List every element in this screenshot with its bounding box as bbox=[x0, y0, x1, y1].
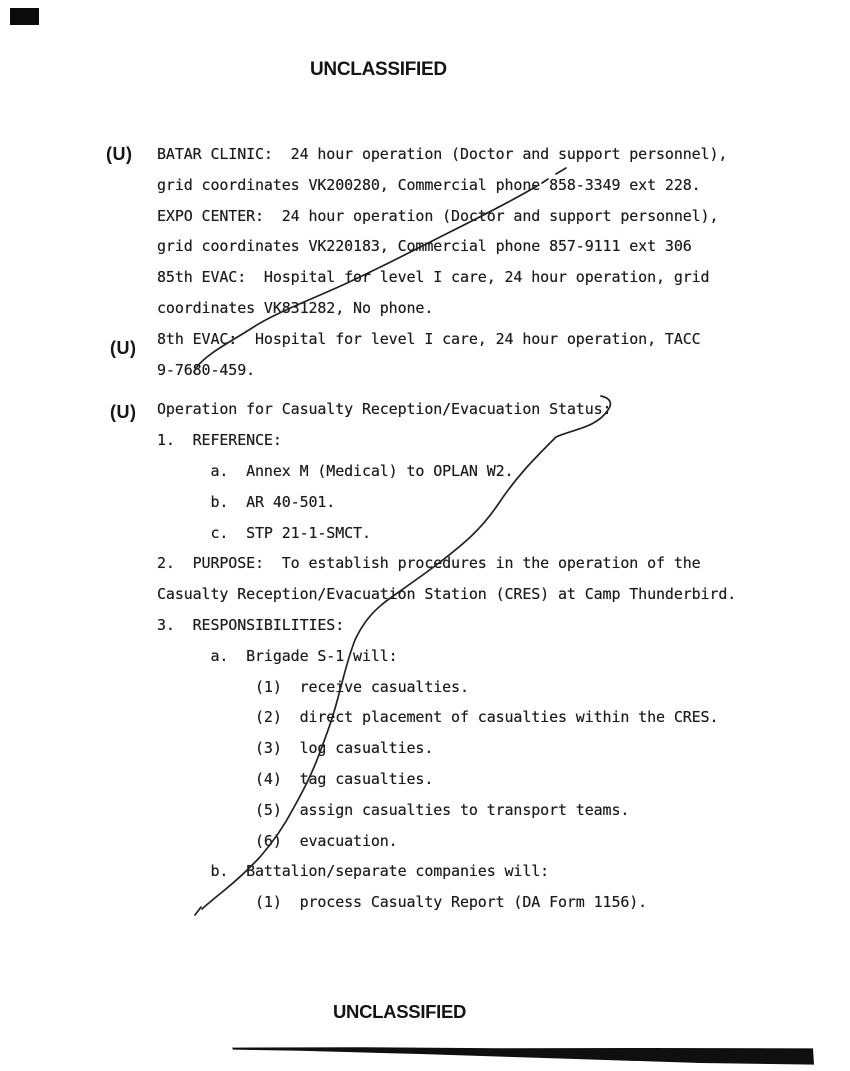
document-line: (6) evacuation. bbox=[157, 826, 817, 857]
document-line: 9-7680-459. bbox=[157, 355, 817, 386]
document-line: coordinates VK831282, No phone. bbox=[157, 293, 817, 324]
document-line: grid coordinates VK200280, Commercial ph… bbox=[157, 170, 817, 201]
document-line: a. Brigade S-1 will: bbox=[157, 641, 817, 672]
paragraph-classification-marker: (U) bbox=[106, 144, 133, 165]
document-line: b. Battalion/separate companies will: bbox=[157, 856, 817, 887]
paragraph-classification-marker: (U) bbox=[110, 402, 137, 423]
document-line: grid coordinates VK220183, Commercial ph… bbox=[157, 231, 817, 262]
document-line: (1) receive casualties. bbox=[157, 672, 817, 703]
document-line: Casualty Reception/Evacuation Station (C… bbox=[157, 579, 817, 610]
document-line: Operation for Casualty Reception/Evacuat… bbox=[157, 394, 817, 425]
document-line: (2) direct placement of casualties withi… bbox=[157, 702, 817, 733]
document-line: (4) tag casualties. bbox=[157, 764, 817, 795]
scan-artifact-corner-mark bbox=[10, 8, 39, 25]
document-line: (3) log casualties. bbox=[157, 733, 817, 764]
classification-banner-bottom: UNCLASSIFIED bbox=[333, 1001, 466, 1023]
document-line: 8th EVAC: Hospital for level I care, 24 … bbox=[157, 324, 817, 355]
scanned-document-page: UNCLASSIFIED (U) (U) (U) BATAR CLINIC: 2… bbox=[0, 0, 850, 1071]
document-line: (1) process Casualty Report (DA Form 115… bbox=[157, 887, 817, 918]
document-line: BATAR CLINIC: 24 hour operation (Doctor … bbox=[157, 139, 817, 170]
classification-banner-top: UNCLASSIFIED bbox=[310, 59, 447, 81]
document-line: (5) assign casualties to transport teams… bbox=[157, 795, 817, 826]
document-line: c. STP 21-1-SMCT. bbox=[157, 518, 817, 549]
paragraph-classification-marker: (U) bbox=[110, 338, 137, 359]
document-line: a. Annex M (Medical) to OPLAN W2. bbox=[157, 456, 817, 487]
document-line: 1. REFERENCE: bbox=[157, 425, 817, 456]
document-line: b. AR 40-501. bbox=[157, 487, 817, 518]
scan-artifact-bottom-bar bbox=[232, 1047, 814, 1064]
document-line: 85th EVAC: Hospital for level I care, 24… bbox=[157, 262, 817, 293]
document-line: EXPO CENTER: 24 hour operation (Doctor a… bbox=[157, 201, 817, 232]
document-line: 2. PURPOSE: To establish procedures in t… bbox=[157, 548, 817, 579]
document-line: 3. RESPONSIBILITIES: bbox=[157, 610, 817, 641]
document-body: BATAR CLINIC: 24 hour operation (Doctor … bbox=[157, 139, 817, 918]
